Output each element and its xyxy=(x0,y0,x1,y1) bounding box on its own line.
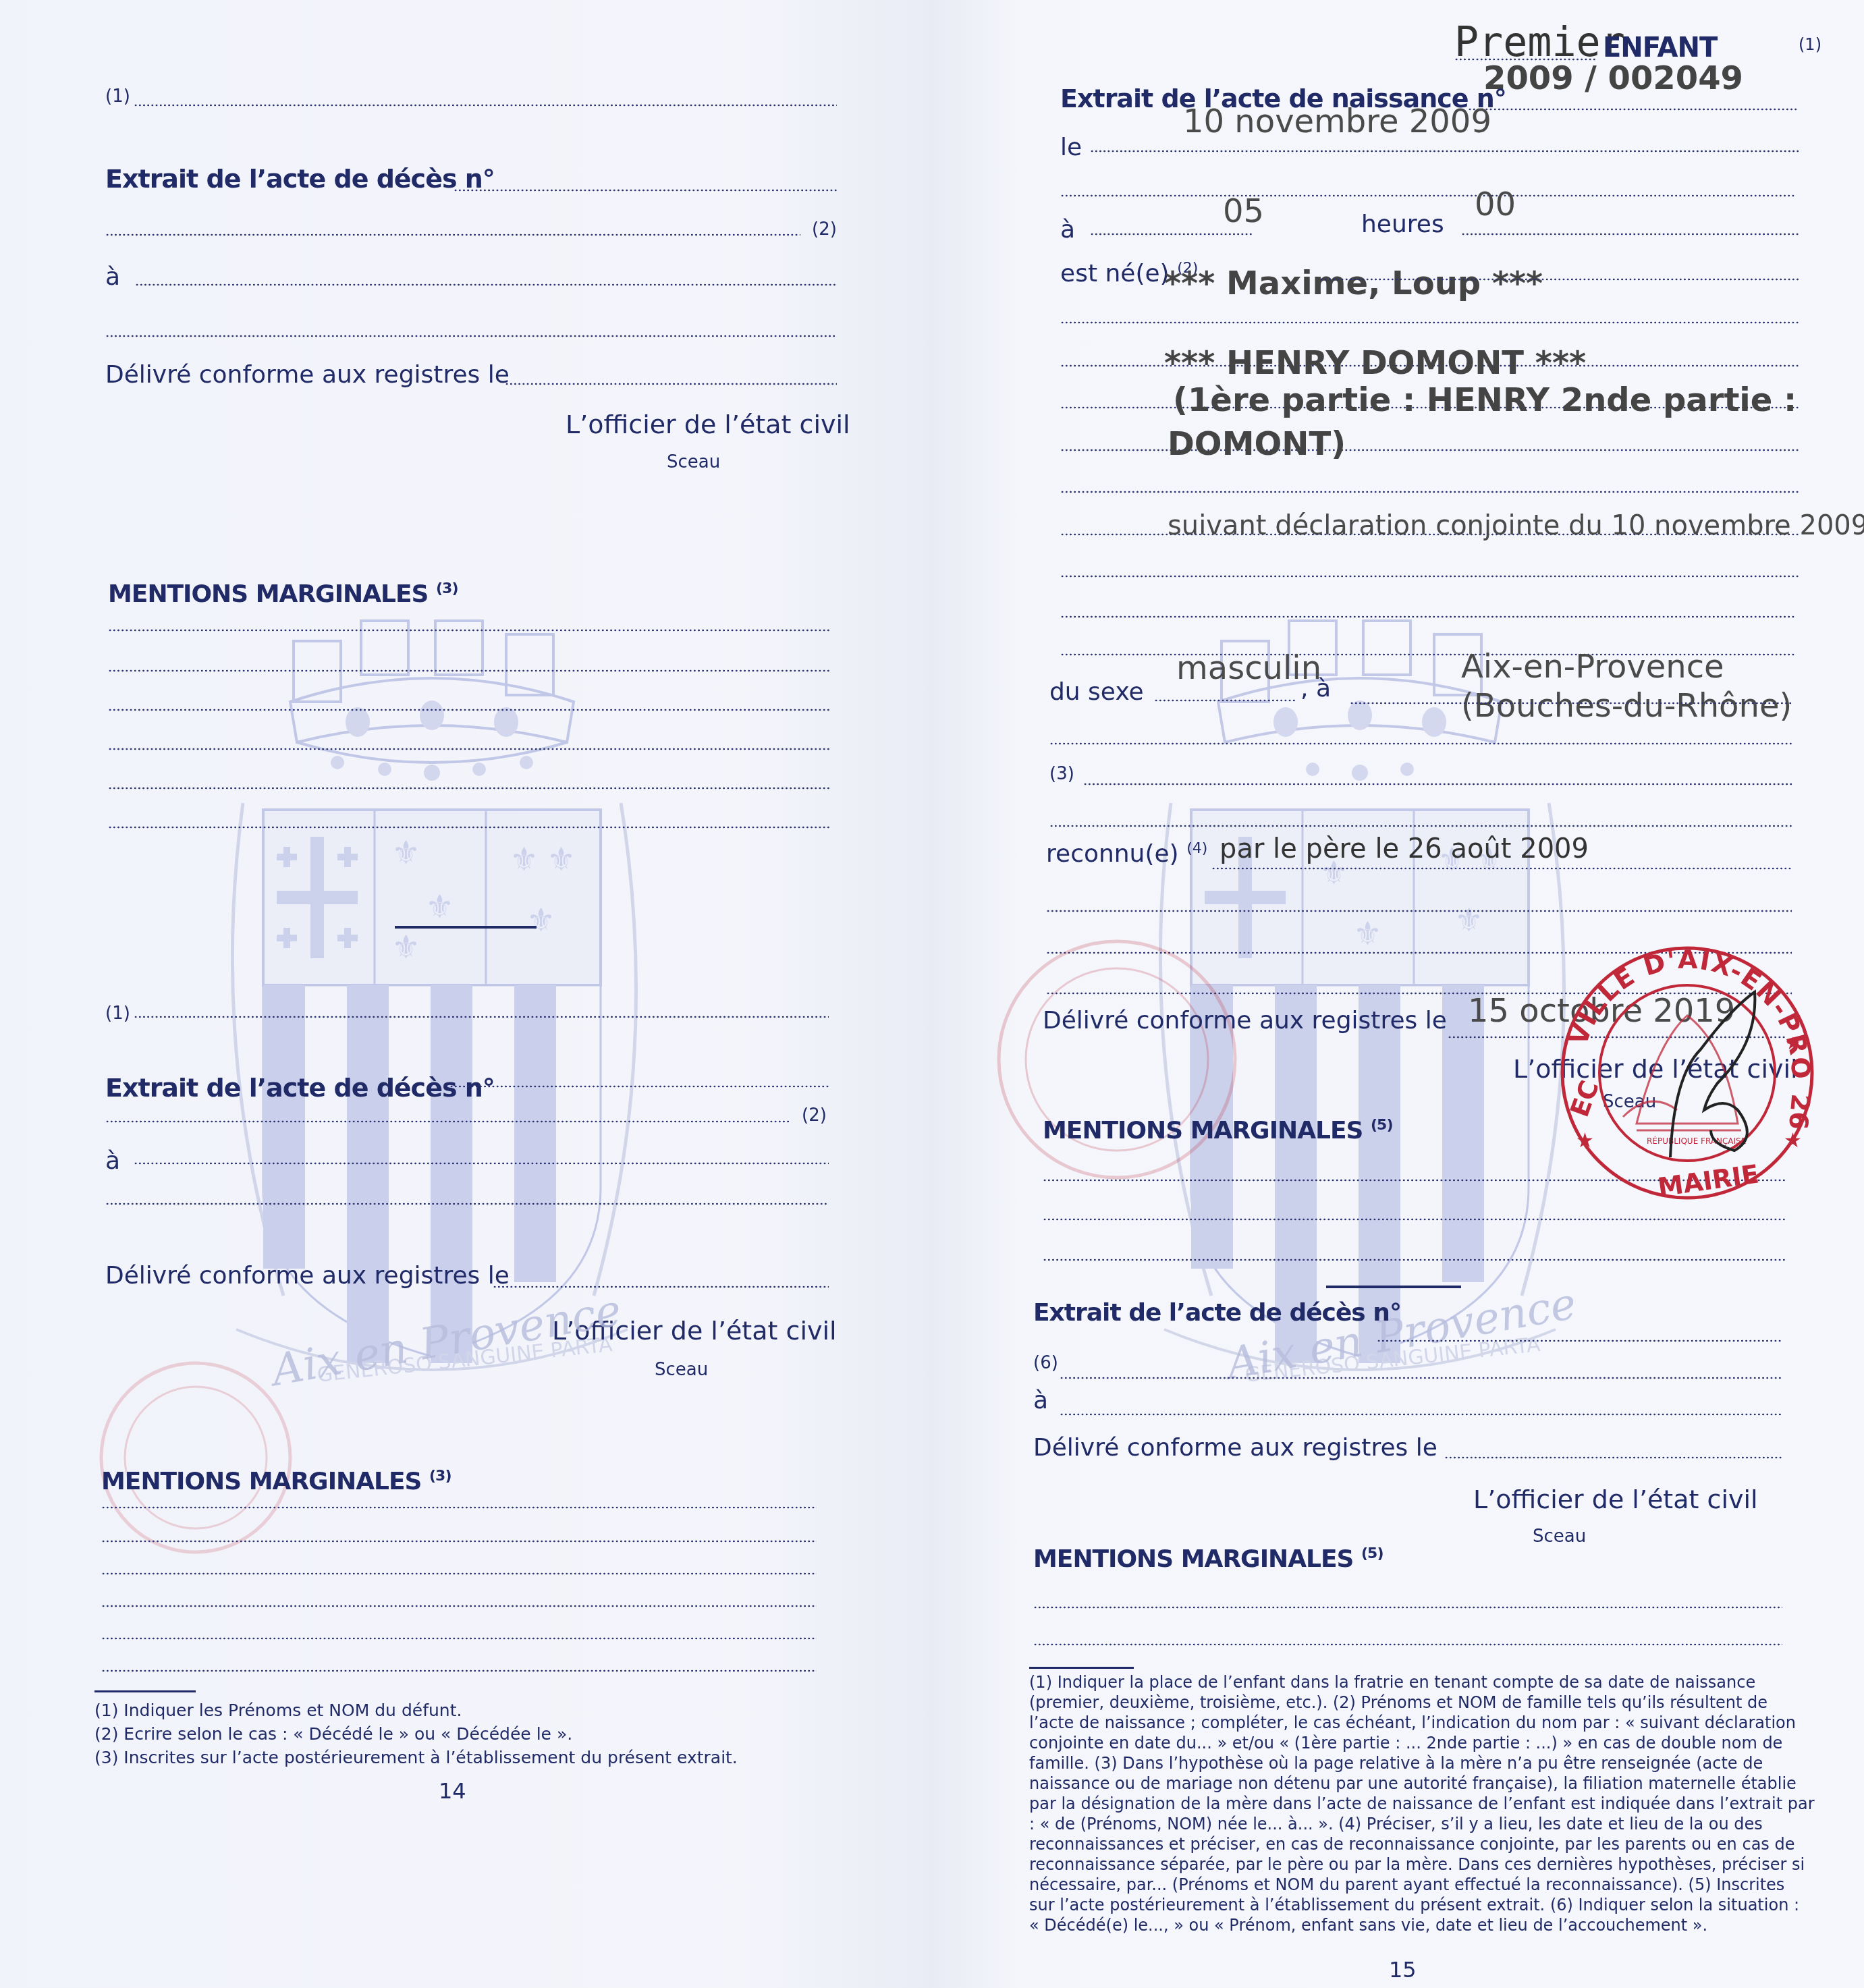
name-note-2: (1) xyxy=(105,1003,130,1024)
death-number-field[interactable] xyxy=(454,189,837,192)
seal-label-2: Sceau xyxy=(655,1360,708,1380)
death-place-field-right[interactable] xyxy=(1060,1413,1782,1416)
death-date-field-2[interactable] xyxy=(105,1120,790,1123)
footnote-line: naissance ou de mariage non détenu par u… xyxy=(1029,1775,1797,1793)
faded-stamp-icon xyxy=(88,1356,304,1559)
signature-icon xyxy=(1670,992,1755,1157)
sex-label: du sexe xyxy=(1049,678,1144,706)
svg-text:★: ★ xyxy=(1576,1129,1594,1153)
seal-label: Sceau xyxy=(667,452,720,472)
note-3: (3) xyxy=(1049,764,1074,784)
faded-stamp-icon xyxy=(989,931,1245,1188)
mother-filiation-field[interactable] xyxy=(1083,783,1792,785)
birth-department-value: (Bouches-du-Rhône) xyxy=(1461,687,1792,725)
seal-label-death-right: Sceau xyxy=(1533,1526,1586,1547)
minute-value: 00 xyxy=(1475,186,1516,223)
mentions-line[interactable] xyxy=(101,1637,817,1640)
footnote-line: par la désignation de la mère dans l’act… xyxy=(1029,1795,1815,1813)
blank-line[interactable] xyxy=(1046,910,1792,912)
mentions-line[interactable] xyxy=(1043,1259,1785,1261)
birth-city-value: Aix-en-Provence xyxy=(1461,648,1724,686)
hour-value: 05 xyxy=(1223,192,1264,230)
mentions-line[interactable] xyxy=(108,748,830,750)
mentions-line[interactable] xyxy=(108,787,830,790)
svg-text:RÉPUBLIQUE FRANÇAISE: RÉPUBLIQUE FRANÇAISE xyxy=(1647,1136,1746,1146)
officer-label: L’officier de l’état civil xyxy=(566,410,850,439)
left-page: ⚜⚜⚜ ⚜⚜⚜ GENEROSO SANGUINE PARTA (1) Extr… xyxy=(0,0,928,1988)
death-number-field-2[interactable] xyxy=(449,1085,829,1088)
footnote-line: « Décédé(e) le..., » ou « Prénom, enfant… xyxy=(1029,1916,1707,1935)
issued-label-death-right: Délivré conforme aux registres le xyxy=(1033,1434,1437,1462)
mentions-line[interactable] xyxy=(101,1540,817,1543)
birth-place-field[interactable] xyxy=(1350,702,1792,705)
birth-place-field-2[interactable] xyxy=(1049,742,1792,745)
svg-text:⚜: ⚜ xyxy=(1353,915,1382,953)
family-name-field-4[interactable] xyxy=(1060,491,1799,493)
footnote-line: : « de (Prénoms, NOM) née le... à... ». … xyxy=(1029,1815,1763,1833)
given-names-field-2[interactable] xyxy=(1060,321,1799,324)
death-extract-title-2: Extrait de l’acte de décès n° xyxy=(105,1073,495,1103)
deceased-name-field[interactable] xyxy=(134,104,837,107)
name-parts-line2: DOMONT) xyxy=(1168,425,1346,463)
mentions-line[interactable] xyxy=(101,1605,817,1607)
mentions-line[interactable] xyxy=(101,1506,817,1509)
mentions-line[interactable] xyxy=(1033,1643,1782,1646)
svg-text:⚜: ⚜ xyxy=(526,902,555,939)
birth-date-value: 10 novembre 2009 xyxy=(1183,103,1491,140)
hour-field[interactable] xyxy=(1090,233,1252,236)
mentions-line[interactable] xyxy=(108,669,830,672)
mentions-title: MENTIONS MARGINALES (3) xyxy=(108,580,458,608)
svg-text:⚜: ⚜ xyxy=(510,841,539,879)
footnote-line: reconnaissance séparée, par le père ou p… xyxy=(1029,1856,1805,1874)
recognized-label: reconnu(e) (4) xyxy=(1046,840,1207,868)
footnote-line: conjointe en date du... » et/ou « (1ère … xyxy=(1029,1734,1782,1752)
footnote-rule-right xyxy=(1029,1667,1134,1669)
hours-label: heures xyxy=(1361,211,1444,238)
child-note: (1) xyxy=(1799,35,1821,54)
sex-value: masculin xyxy=(1176,649,1321,687)
svg-text:⚜: ⚜ xyxy=(1454,902,1483,939)
center-rule-right xyxy=(1326,1286,1461,1288)
right-page: ⚜⚜ ⚜⚜⚜ GENEROSO SANGUINE PARTA Aix en Pr… xyxy=(928,0,1864,1988)
birth-date-field-2[interactable] xyxy=(1060,194,1796,197)
svg-text:26: 26 xyxy=(1783,1093,1815,1131)
name-note: (1) xyxy=(105,86,130,107)
death-place-field-2b[interactable] xyxy=(134,1162,829,1165)
death-place-field-2c[interactable] xyxy=(105,1203,829,1205)
place-label-right: à xyxy=(1033,1387,1048,1414)
svg-text:⚜: ⚜ xyxy=(391,929,420,966)
death-place-field-2[interactable] xyxy=(105,335,837,337)
footnote-line: sur l’acte postérieurement à l’établisse… xyxy=(1029,1896,1799,1914)
page-number-left: 14 xyxy=(439,1778,466,1804)
recognized-field[interactable] xyxy=(1211,867,1792,870)
death-place-field[interactable] xyxy=(135,283,837,286)
footnote-line: nécessaire, par... (Prénoms et NOM du pa… xyxy=(1029,1876,1784,1894)
svg-text:VILLE D'AIX-EN-PROVENCE: VILLE D'AIX-EN-PROVENCE xyxy=(1556,941,1816,1080)
declaration-value: suivant déclaration conjointe du 10 nove… xyxy=(1168,510,1864,541)
death-note: (2) xyxy=(812,219,837,240)
mentions-line[interactable] xyxy=(101,1572,817,1575)
mentions-line[interactable] xyxy=(101,1669,817,1672)
mentions-line[interactable] xyxy=(1043,1218,1785,1221)
mother-filiation-field-2[interactable] xyxy=(1049,825,1792,827)
footnote-line: l’acte de naissance ; compléter, le cas … xyxy=(1029,1714,1796,1732)
footnote-3: (3) Inscrites sur l’acte postérieurement… xyxy=(94,1748,738,1767)
note-6: (6) xyxy=(1033,1353,1058,1373)
issued-date-field[interactable] xyxy=(505,383,837,385)
svg-text:★: ★ xyxy=(1785,1034,1801,1054)
place-at-label: , à xyxy=(1300,675,1331,702)
date-label: le xyxy=(1060,134,1082,161)
svg-text:⚜: ⚜ xyxy=(547,841,576,879)
mairie-stamp-icon: VILLE D'AIX-EN-PROVENCE MAIRIE EC 26 ★ ★… xyxy=(1556,941,1819,1205)
place-label-2: à xyxy=(105,1147,120,1175)
at-label: à xyxy=(1060,216,1075,244)
sex-field[interactable] xyxy=(1154,699,1296,702)
svg-text:★: ★ xyxy=(1784,1129,1802,1153)
death-date-field[interactable] xyxy=(105,233,800,236)
mentions-title-right: MENTIONS MARGINALES (5) xyxy=(1043,1117,1392,1144)
issued-date-field-2[interactable] xyxy=(493,1286,829,1288)
footnote-line: famille. (3) Dans l’hypothèse où la page… xyxy=(1029,1755,1763,1773)
death-extract-title-right: Extrait de l’acte de décès n° xyxy=(1033,1299,1401,1327)
page-number-right: 15 xyxy=(1389,1957,1417,1983)
name-parts-line1: (1ère partie : HENRY 2nde partie : xyxy=(1173,381,1797,419)
issued-label: Délivré conforme aux registres le xyxy=(105,361,510,389)
footnote-1: (1) Indiquer les Prénoms et NOM du défun… xyxy=(94,1701,462,1720)
place-label: à xyxy=(105,263,120,291)
death-extract-title: Extrait de l’acte de décès n° xyxy=(105,164,495,194)
issued-label-right: Délivré conforme aux registres le xyxy=(1043,1007,1447,1034)
footnote-line: reconnaissances et préciser, en cas de r… xyxy=(1029,1835,1795,1854)
footnote-line: (1) Indiquer la place de l’enfant dans l… xyxy=(1029,1674,1755,1692)
birth-act-number: 2009 / 002049 xyxy=(1483,59,1743,97)
blank-line[interactable] xyxy=(1060,615,1796,618)
given-names-value: *** Maxime, Loup *** xyxy=(1164,265,1543,302)
city-watermark-text-right: Aix en Provence xyxy=(1224,1279,1581,1389)
death-note-2: (2) xyxy=(802,1105,827,1126)
mentions-line[interactable] xyxy=(108,629,830,632)
svg-text:⚜: ⚜ xyxy=(425,888,454,926)
footnote-rule xyxy=(94,1690,196,1692)
death-status-field[interactable] xyxy=(1060,1377,1782,1379)
mentions-title-2: MENTIONS MARGINALES (3) xyxy=(101,1468,451,1495)
minute-field[interactable] xyxy=(1461,233,1799,236)
mentions-line[interactable] xyxy=(108,826,830,829)
mentions-title-death-right: MENTIONS MARGINALES (5) xyxy=(1033,1545,1383,1573)
family-name-value: *** HENRY DOMONT *** xyxy=(1164,344,1586,382)
recognized-value: par le père le 26 août 2009 xyxy=(1219,833,1589,864)
officer-label-death-right: L’officier de l’état civil xyxy=(1473,1485,1758,1514)
death-number-field-right[interactable] xyxy=(1377,1340,1782,1342)
issued-label-2: Délivré conforme aux registres le xyxy=(105,1262,510,1290)
svg-text:⚜: ⚜ xyxy=(391,834,420,872)
city-watermark-text: Aix en Provence xyxy=(269,1286,626,1396)
blank-line[interactable] xyxy=(1060,575,1799,578)
deceased-name-field-2[interactable] xyxy=(134,1016,829,1018)
birth-number-field[interactable] xyxy=(1468,108,1799,111)
birth-date-field[interactable] xyxy=(1090,150,1799,153)
center-rule xyxy=(395,926,537,929)
issued-date-field-death-right[interactable] xyxy=(1444,1456,1782,1459)
mentions-line[interactable] xyxy=(108,709,830,711)
footnote-line: (premier, deuxième, troisième, etc.). (2… xyxy=(1029,1694,1767,1712)
mentions-line[interactable] xyxy=(1033,1606,1782,1609)
given-names-field[interactable] xyxy=(1319,278,1799,281)
footnote-2: (2) Ecrire selon le cas : « Décédé le » … xyxy=(94,1724,572,1744)
